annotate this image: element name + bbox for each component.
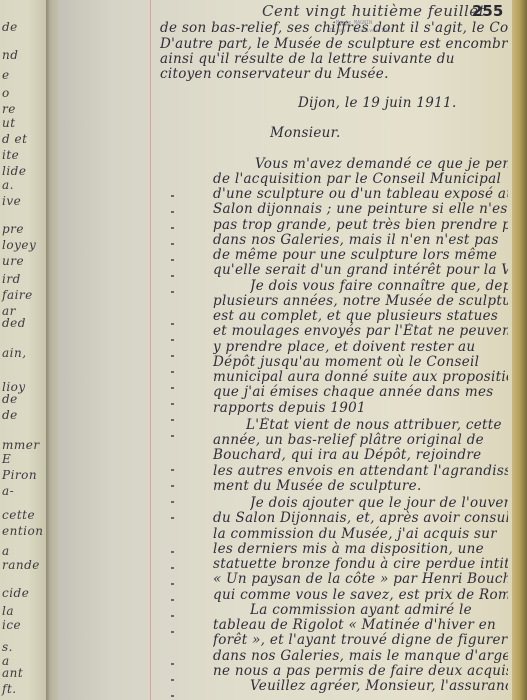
margin-tick-mark <box>171 371 174 373</box>
facing-page-word: ut <box>2 116 16 130</box>
facing-page-word: ft. <box>2 682 17 696</box>
margin-tick-mark <box>171 275 174 277</box>
margin-tick-mark <box>171 485 174 487</box>
margin-tick-mark <box>171 355 174 357</box>
handwritten-line: Salon dijonnais ; une peinture si elle n… <box>213 201 508 217</box>
margin-rule <box>150 0 151 700</box>
handwritten-line: tableau de Rigolot « Matinée d'hiver en <box>213 617 496 633</box>
page-edges <box>512 0 527 700</box>
facing-page-word: ive <box>2 194 21 208</box>
facing-page-word: mmer <box>2 438 40 452</box>
margin-tick-mark <box>171 323 174 325</box>
facing-page-word: e <box>2 68 10 82</box>
facing-page-word: d et <box>2 132 27 146</box>
facing-page-word: ite <box>2 148 19 162</box>
handwritten-line: dans nos Galeries, mais le manque d'arge… <box>213 648 508 664</box>
margin-tick-mark <box>171 695 174 697</box>
handwritten-line: La commission ayant admiré le <box>250 602 472 618</box>
handwritten-line: ainsi qu'il résulte de la lettre suivant… <box>160 51 455 67</box>
handwritten-line: qu'elle serait d'un grand intérêt pour l… <box>213 262 508 278</box>
facing-page-word: nd <box>2 48 18 62</box>
margin-tick-mark <box>171 615 174 617</box>
facing-page-word: E <box>2 452 11 466</box>
margin-tick-mark <box>171 259 174 261</box>
handwritten-line: d'une sculpture ou d'un tableau exposé a… <box>213 186 508 202</box>
margin-tick-mark <box>171 501 174 503</box>
handwritten-line: « Un paysan de la côte » par Henri Bouch… <box>213 571 508 587</box>
handwritten-line: Dépôt jusqu'au moment où le Conseil <box>213 354 479 370</box>
facing-page-word: ure <box>2 254 24 268</box>
handwritten-line: Vous m'avez demandé ce que je pensais <box>255 156 508 172</box>
handwritten-line: municipal aura donné suite aux propositi… <box>213 369 508 385</box>
margin-tick-mark <box>171 195 174 197</box>
handwritten-line: dans nos Galeries, mais il n'en n'est pa… <box>213 232 499 248</box>
handwritten-line: de même pour une sculpture lors même <box>213 247 497 263</box>
handwritten-line: Dijon, le 19 juin 1911. <box>298 95 457 111</box>
facing-page-word: de <box>2 408 18 422</box>
facing-page-word: cide <box>2 586 29 600</box>
facing-page-word: faire <box>2 288 33 302</box>
handwritten-line: de son bas-relief, ses chiffres dont il … <box>160 20 508 36</box>
handwritten-line: L'État vient de nous attribuer, cette <box>246 417 502 433</box>
facing-page-word: ded <box>2 316 26 330</box>
margin-tick-mark <box>171 631 174 633</box>
handwritten-line: Monsieur. <box>270 125 341 141</box>
margin-tick-mark <box>171 227 174 229</box>
margin-tick-mark <box>171 403 174 405</box>
handwritten-line: Bouchard, qui ira au Dépôt, rejoindre <box>213 447 481 463</box>
facing-page-word: a. <box>2 178 14 192</box>
handwritten-line: les autres envois en attendant l'agrandi… <box>213 463 508 479</box>
handwritten-line: Veuillez agréer, Monsieur, l'assurance <box>250 678 508 694</box>
facing-page-word: Piron <box>2 468 37 482</box>
handwritten-line: plusieurs années, notre Musée de sculptu… <box>213 293 508 309</box>
margin-tick-mark <box>171 567 174 569</box>
margin-tick-mark <box>171 583 174 585</box>
handwritten-line: et moulages envoyés par l'État ne peuven… <box>213 323 508 339</box>
handwritten-line: que j'ai émises chaque année dans mes <box>213 384 493 400</box>
handwritten-line: statuette bronze fondu à cire perdue int… <box>213 556 508 572</box>
margin-tick-mark <box>171 663 174 665</box>
folio-number: 255 <box>472 2 503 20</box>
handwritten-line: D'autre part, le Musée de sculpture est … <box>160 36 508 52</box>
facing-page-word: ird <box>2 272 21 286</box>
folio-header: Cent vingt huitième feuillet <box>262 2 485 20</box>
handwritten-line: pas trop grande, peut très bien prendre … <box>213 217 508 233</box>
handwritten-line: les derniers mis à ma disposition, une <box>213 541 484 557</box>
facing-page-word: a <box>2 544 10 558</box>
margin-tick-mark <box>171 469 174 471</box>
facing-page-word: la <box>2 604 14 618</box>
margin-tick-mark <box>171 339 174 341</box>
handwritten-line: ment du Musée de sculpture. <box>213 478 422 494</box>
margin-tick-mark <box>171 679 174 681</box>
facing-page-word: rande <box>2 558 40 572</box>
handwritten-line: Je dois vous faire connaître que, depuis <box>250 278 508 294</box>
facing-page-word: ention <box>2 524 43 538</box>
facing-page-word: a- <box>2 484 14 498</box>
facing-page-word: ain, <box>2 346 27 360</box>
handwritten-line: citoyen conservateur du Musée. <box>160 66 389 82</box>
margin-tick-mark <box>171 435 174 437</box>
margin-tick-mark <box>171 243 174 245</box>
margin-tick-mark <box>171 387 174 389</box>
facing-page-word: ice <box>2 618 21 632</box>
facing-page-word: o <box>2 86 10 100</box>
handwritten-line: ne nous a pas permis de faire deux acqui… <box>213 663 508 679</box>
facing-page-word: de <box>2 20 18 34</box>
facing-page-word: lide <box>2 164 26 178</box>
handwritten-line: Je dois ajouter que le jour de l'ouvertu… <box>250 495 508 511</box>
handwritten-line: la commission du Musée, j'ai acquis sur <box>213 526 497 542</box>
facing-page-word: loyey <box>2 238 36 252</box>
handwritten-line: rapports depuis 1901 <box>213 400 366 416</box>
handwritten-line: forêt », et l'ayant trouvé digne de figu… <box>213 632 508 648</box>
handwritten-line: est au complet, et que plusieurs statues <box>213 308 498 324</box>
margin-tick-mark <box>171 551 174 553</box>
margin-tick-mark <box>171 291 174 293</box>
book-gutter <box>46 0 58 700</box>
margin-tick-mark <box>171 419 174 421</box>
facing-page-word: s. <box>2 640 13 654</box>
margin-tick-mark <box>171 211 174 213</box>
handwritten-line: y prendre place, et doivent rester au <box>213 339 475 355</box>
facing-page-word: cette <box>2 508 35 522</box>
facing-page-fragment: dendeoreutd etitelidea.ivepreloyeyureird… <box>0 0 46 700</box>
facing-page-word: de <box>2 392 18 406</box>
margin-tick-mark <box>171 517 174 519</box>
facing-page-word: ant <box>2 666 23 680</box>
facing-page-word: re <box>2 102 16 116</box>
facing-page-word: pre <box>2 222 24 236</box>
handwritten-line: qui comme vous le savez, est prix de Rom… <box>213 587 508 603</box>
handwritten-line: de l'acquisition par le Conseil Municipa… <box>213 171 501 187</box>
handwritten-line: année, un bas-relief plâtre original de <box>213 432 484 448</box>
handwritten-line: du Salon Dijonnais, et, après avoir cons… <box>213 510 508 526</box>
margin-tick-mark <box>171 599 174 601</box>
